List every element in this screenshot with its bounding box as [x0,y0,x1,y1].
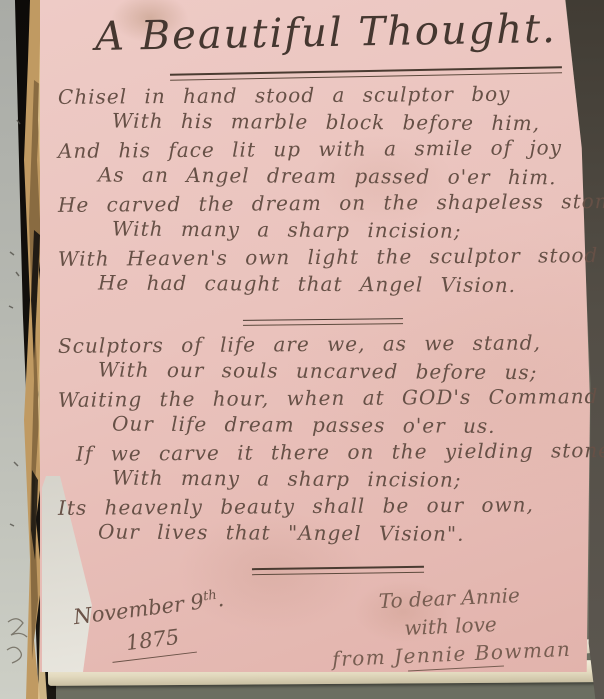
poem-line: Sculptors of life are we, as we stand, [58,329,583,360]
poem-line: He carved the dream on the shapeless sto… [58,188,583,219]
poem-line: With many a sharp incision; [112,465,583,495]
scanned-album-page-photo: A Beautiful Thought. Chisel in hand stoo… [0,0,604,699]
poem-line: And his face lit up with a smile of joy [58,134,583,165]
poem-line: Chisel in hand stood a sculptor boy [58,80,583,111]
poem-line: With our souls uncarved before us; [98,357,583,387]
poem-line: Waiting the hour, when at GOD's Command [58,383,583,414]
poem-line: If we carve it there on the yielding sto… [76,437,583,468]
poem-line: With his marble block before him, [112,108,583,138]
page-title: A Beautiful Thought. [80,6,573,61]
poem-line: As an Angel dream passed o'er him. [98,162,583,192]
poem-line: With many a sharp incision; [112,216,583,246]
poem-line: Its heavenly beauty shall be our own, [58,491,583,522]
speckles [9,120,20,526]
poem-stanza-2: Sculptors of life are we, as we stand, W… [58,331,583,547]
poem-line: He had caught that Angel Vision. [98,270,583,300]
poem-stanza-1: Chisel in hand stood a sculptor boy With… [58,82,583,298]
poem-line: Our life dream passes o'er us. [112,411,583,441]
faint-scribble [7,619,27,663]
poem-line: Our lives that "Angel Vision". [98,519,583,549]
inscription-block: To dear Annie with love from Jennie Bowm… [306,578,594,674]
poem-line: With Heaven's own light the sculptor sto… [58,242,583,273]
